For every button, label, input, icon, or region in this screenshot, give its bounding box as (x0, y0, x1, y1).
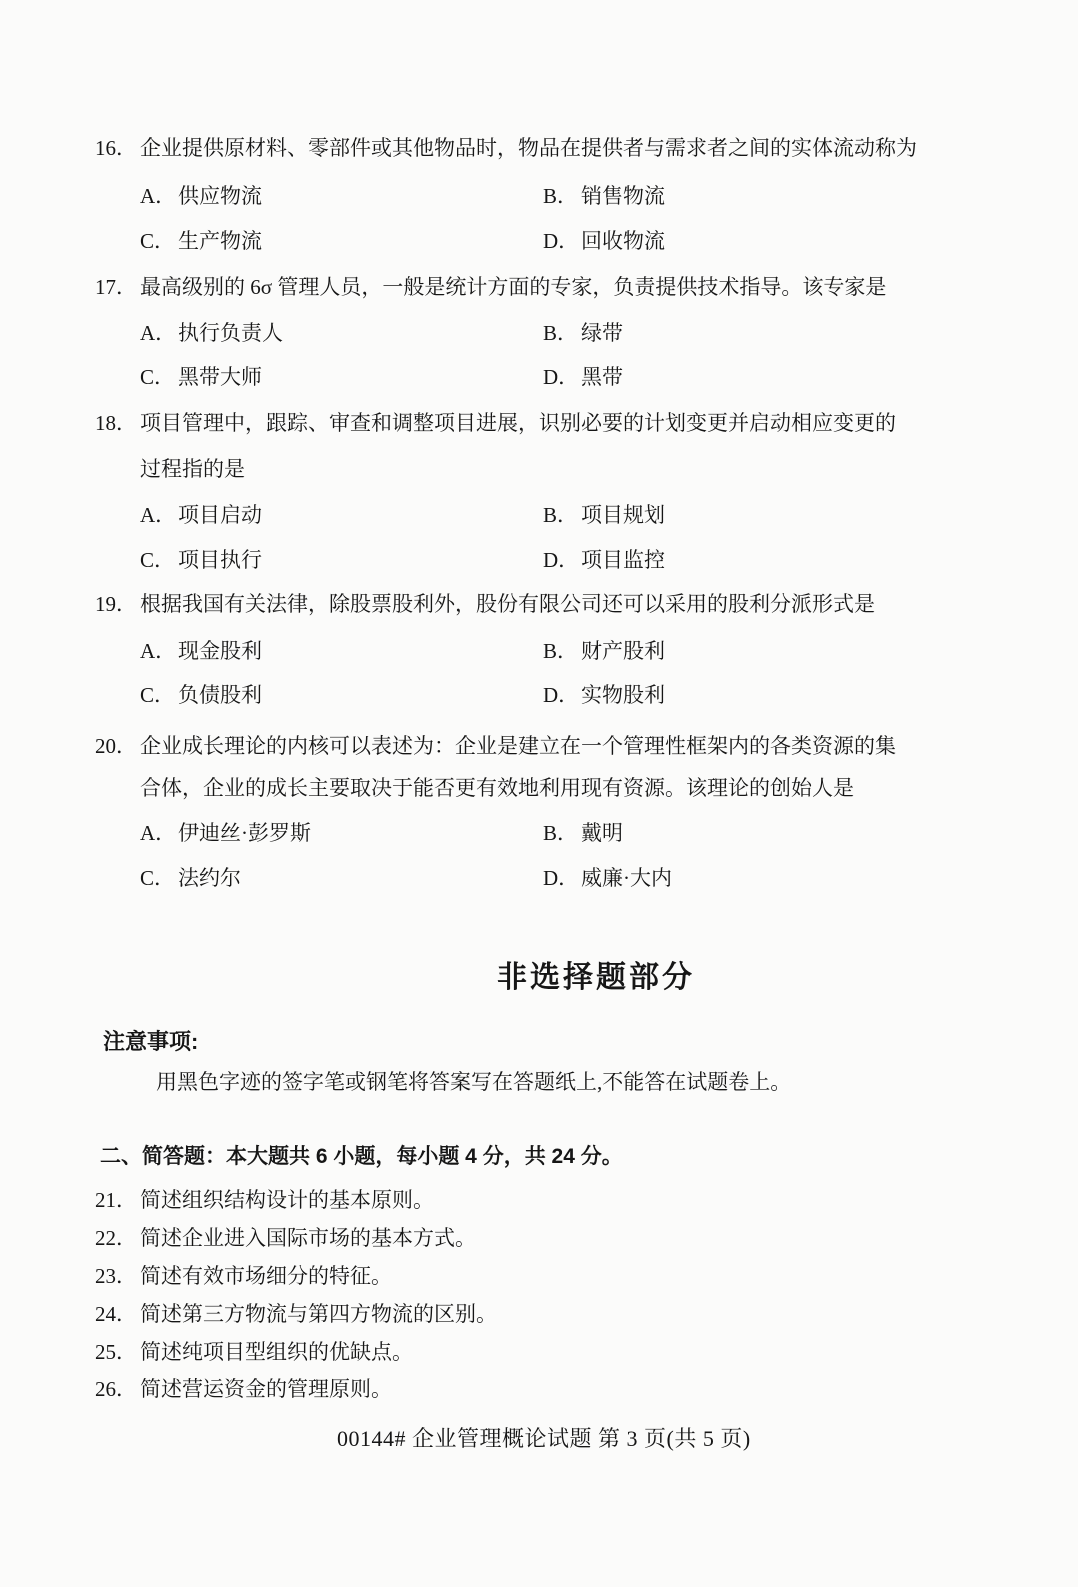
question-20-stem: 企业成长理论的内核可以表述为：企业是建立在一个管理性框架内的各类资源的集 (140, 734, 896, 758)
question-19-number: 19． (95, 592, 140, 617)
question-16-option-a: A．供应物流 (140, 184, 262, 209)
option-label: D． (543, 866, 581, 891)
option-text: 项目启动 (178, 503, 262, 527)
question-16-stem-line: 16．企业提供原材料、零部件或其他物品时，物品在提供者与需求者之间的实体流动称为 (95, 136, 917, 161)
notes-label: 注意事项: (103, 1029, 198, 1055)
option-text: 实物股利 (581, 683, 665, 707)
question-19-option-a: A．现金股利 (140, 639, 262, 664)
question-25-text: 简述纯项目型组织的优缺点。 (140, 1340, 413, 1364)
question-23-number: 23． (95, 1264, 140, 1289)
question-18-option-a: A．项目启动 (140, 503, 262, 528)
option-label: C． (140, 866, 178, 891)
question-24-text: 简述第三方物流与第四方物流的区别。 (140, 1302, 497, 1326)
question-22: 22．简述企业进入国际市场的基本方式。 (95, 1226, 476, 1251)
question-17-stem-line: 17．最高级别的 6σ 管理人员，一般是统计方面的专家，负责提供技术指导。该专家… (95, 275, 886, 300)
question-18-stem: 项目管理中，跟踪、审查和调整项目进展，识别必要的计划变更并启动相应变更的 (140, 411, 896, 435)
question-18-option-d: D．项目监控 (543, 548, 665, 573)
option-text: 项目监控 (581, 548, 665, 572)
question-18-option-c: C．项目执行 (140, 548, 262, 573)
question-26-number: 26． (95, 1377, 140, 1402)
question-19-option-d: D．实物股利 (543, 683, 665, 708)
question-17-number: 17． (95, 275, 140, 300)
option-label: A． (140, 503, 178, 528)
option-text: 供应物流 (178, 184, 262, 208)
option-text: 现金股利 (178, 639, 262, 663)
question-26: 26．简述营运资金的管理原则。 (95, 1377, 392, 1402)
option-text: 财产股利 (581, 639, 665, 663)
question-26-text: 简述营运资金的管理原则。 (140, 1377, 392, 1401)
option-label: A． (140, 321, 178, 346)
exam-paper-page: 16．企业提供原材料、零部件或其他物品时，物品在提供者与需求者之间的实体流动称为… (0, 0, 1078, 1587)
question-24: 24．简述第三方物流与第四方物流的区别。 (95, 1302, 497, 1327)
question-19-stem: 根据我国有关法律，除股票股利外，股份有限公司还可以采用的股利分派形式是 (140, 592, 875, 616)
question-16-option-b: B．销售物流 (543, 184, 665, 209)
question-16-number: 16． (95, 136, 140, 161)
question-20-stem-line: 20．企业成长理论的内核可以表述为：企业是建立在一个管理性框架内的各类资源的集 (95, 734, 896, 759)
question-17-option-a: A．执行负责人 (140, 321, 283, 346)
question-18-number: 18． (95, 411, 140, 436)
option-text: 黑带 (581, 365, 623, 389)
question-19-option-c: C．负债股利 (140, 683, 262, 708)
option-text: 威廉·大内 (581, 866, 672, 890)
question-21-text: 简述组织结构设计的基本原则。 (140, 1188, 434, 1212)
question-18-option-b: B．项目规划 (543, 503, 665, 528)
option-label: B． (543, 184, 581, 209)
question-23: 23．简述有效市场细分的特征。 (95, 1264, 392, 1289)
question-20-option-c: C．法约尔 (140, 866, 241, 891)
option-text: 绿带 (581, 321, 623, 345)
question-20-option-d: D．威廉·大内 (543, 866, 672, 891)
option-label: B． (543, 321, 581, 346)
page-footer: 00144# 企业管理概论试题 第 3 页(共 5 页) (337, 1426, 751, 1452)
question-22-text: 简述企业进入国际市场的基本方式。 (140, 1226, 476, 1250)
option-text: 戴明 (581, 821, 623, 845)
option-label: D． (543, 683, 581, 708)
question-19-stem-line: 19．根据我国有关法律，除股票股利外，股份有限公司还可以采用的股利分派形式是 (95, 592, 875, 617)
option-label: C． (140, 365, 178, 390)
option-label: D． (543, 548, 581, 573)
notes-text: 用黑色字迹的签字笔或钢笔将答案写在答题纸上,不能答在试题卷上。 (156, 1070, 791, 1095)
option-text: 法约尔 (178, 866, 241, 890)
option-text: 负债股利 (178, 683, 262, 707)
option-text: 回收物流 (581, 229, 665, 253)
question-17-option-b: B．绿带 (543, 321, 623, 346)
option-label: D． (543, 229, 581, 254)
question-24-number: 24． (95, 1302, 140, 1327)
option-label: C． (140, 683, 178, 708)
question-16-option-d: D．回收物流 (543, 229, 665, 254)
option-label: B． (543, 821, 581, 846)
option-label: B． (543, 503, 581, 528)
question-21: 21．简述组织结构设计的基本原则。 (95, 1188, 434, 1213)
short-answer-section-header: 二、简答题：本大题共 6 小题，每小题 4 分，共 24 分。 (100, 1144, 623, 1169)
option-label: A． (140, 639, 178, 664)
question-20-option-b: B．戴明 (543, 821, 623, 846)
question-23-text: 简述有效市场细分的特征。 (140, 1264, 392, 1288)
question-25-number: 25． (95, 1340, 140, 1365)
question-22-number: 22． (95, 1226, 140, 1251)
option-label: A． (140, 184, 178, 209)
option-text: 伊迪丝·彭罗斯 (178, 821, 311, 845)
option-text: 生产物流 (178, 229, 262, 253)
option-text: 销售物流 (581, 184, 665, 208)
question-16-stem: 企业提供原材料、零部件或其他物品时，物品在提供者与需求者之间的实体流动称为 (140, 136, 917, 160)
option-text: 项目规划 (581, 503, 665, 527)
question-17-stem: 最高级别的 6σ 管理人员，一般是统计方面的专家，负责提供技术指导。该专家是 (140, 275, 886, 299)
option-label: D． (543, 365, 581, 390)
question-17-option-c: C．黑带大师 (140, 365, 262, 390)
option-text: 执行负责人 (178, 321, 283, 345)
option-text: 黑带大师 (178, 365, 262, 389)
question-17-option-d: D．黑带 (543, 365, 623, 390)
question-25: 25．简述纯项目型组织的优缺点。 (95, 1340, 413, 1365)
question-20-option-a: A．伊迪丝·彭罗斯 (140, 821, 311, 846)
question-19-option-b: B．财产股利 (543, 639, 665, 664)
option-label: A． (140, 821, 178, 846)
question-18-stem-line-2: 过程指的是 (140, 457, 245, 482)
question-16-option-c: C．生产物流 (140, 229, 262, 254)
section-title: 非选择题部分 (497, 960, 695, 996)
option-text: 项目执行 (178, 548, 262, 572)
option-label: C． (140, 229, 178, 254)
question-18-stem-line: 18．项目管理中，跟踪、审查和调整项目进展，识别必要的计划变更并启动相应变更的 (95, 411, 896, 436)
question-20-stem-line-2: 合体，企业的成长主要取决于能否更有效地利用现有资源。该理论的创始人是 (140, 776, 854, 801)
question-20-number: 20． (95, 734, 140, 759)
question-21-number: 21． (95, 1188, 140, 1213)
option-label: B． (543, 639, 581, 664)
option-label: C． (140, 548, 178, 573)
